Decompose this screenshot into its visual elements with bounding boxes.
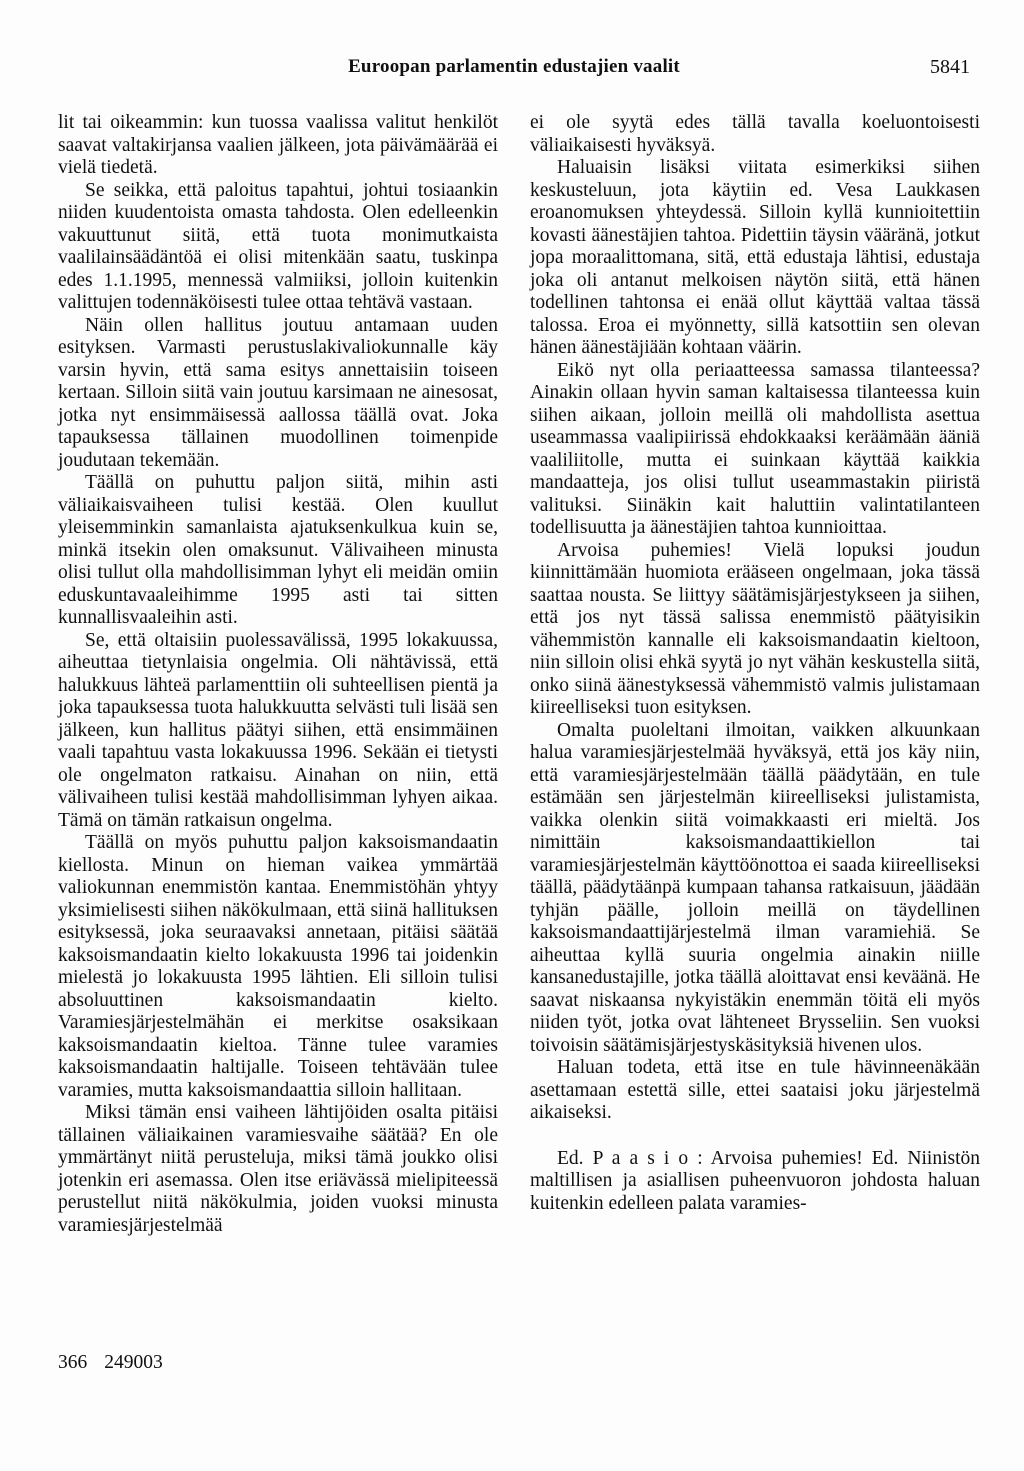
paragraph: Se, että oltaisiin puolessavälissä, 1995… bbox=[58, 630, 498, 833]
paragraph: Se seikka, että paloitus tapahtui, johtu… bbox=[58, 180, 498, 315]
paragraph: Eikö nyt olla periaatteessa samassa tila… bbox=[530, 360, 980, 540]
document-page: Euroopan parlamentin edustajien vaalit 5… bbox=[0, 0, 1024, 1471]
paragraph: ei ole syytä edes tällä tavalla koeluont… bbox=[530, 112, 980, 157]
paragraph: Miksi tämän ensi vaiheen lähtijöiden osa… bbox=[58, 1102, 498, 1237]
paragraph: Omalta puoleltani ilmoitan, vaikken alku… bbox=[530, 720, 980, 1058]
paragraph: lit tai oikeammin: kun tuossa vaalissa v… bbox=[58, 112, 498, 180]
print-order-number: 249003 bbox=[104, 1352, 163, 1373]
page-footer: 366249003 bbox=[58, 1352, 163, 1374]
page-title: Euroopan parlamentin edustajien vaalit bbox=[58, 56, 970, 78]
page-header: Euroopan parlamentin edustajien vaalit 5… bbox=[58, 56, 970, 82]
speaker-paragraph: Ed. P a a s i o : Arvoisa puhemies! Ed. … bbox=[530, 1148, 980, 1216]
paragraph: Täällä on puhuttu paljon siitä, mihin as… bbox=[58, 472, 498, 630]
page-number: 5841 bbox=[930, 56, 970, 79]
paragraph: Näin ollen hallitus joutuu antamaan uude… bbox=[58, 315, 498, 473]
paragraph: Haluan todeta, että itse en tule hävinne… bbox=[530, 1057, 980, 1125]
right-column: ei ole syytä edes tällä tavalla koeluont… bbox=[530, 112, 980, 1237]
two-column-text-block: lit tai oikeammin: kun tuossa vaalissa v… bbox=[58, 112, 980, 1237]
print-signature-number: 366 bbox=[58, 1352, 87, 1373]
left-column: lit tai oikeammin: kun tuossa vaalissa v… bbox=[58, 112, 498, 1237]
paragraph: Arvoisa puhemies! Vielä lopuksi joudun k… bbox=[530, 540, 980, 720]
paragraph: Haluaisin lisäksi viitata esimerkiksi si… bbox=[530, 157, 980, 360]
paragraph: Täällä on myös puhuttu paljon kaksoisman… bbox=[58, 832, 498, 1102]
